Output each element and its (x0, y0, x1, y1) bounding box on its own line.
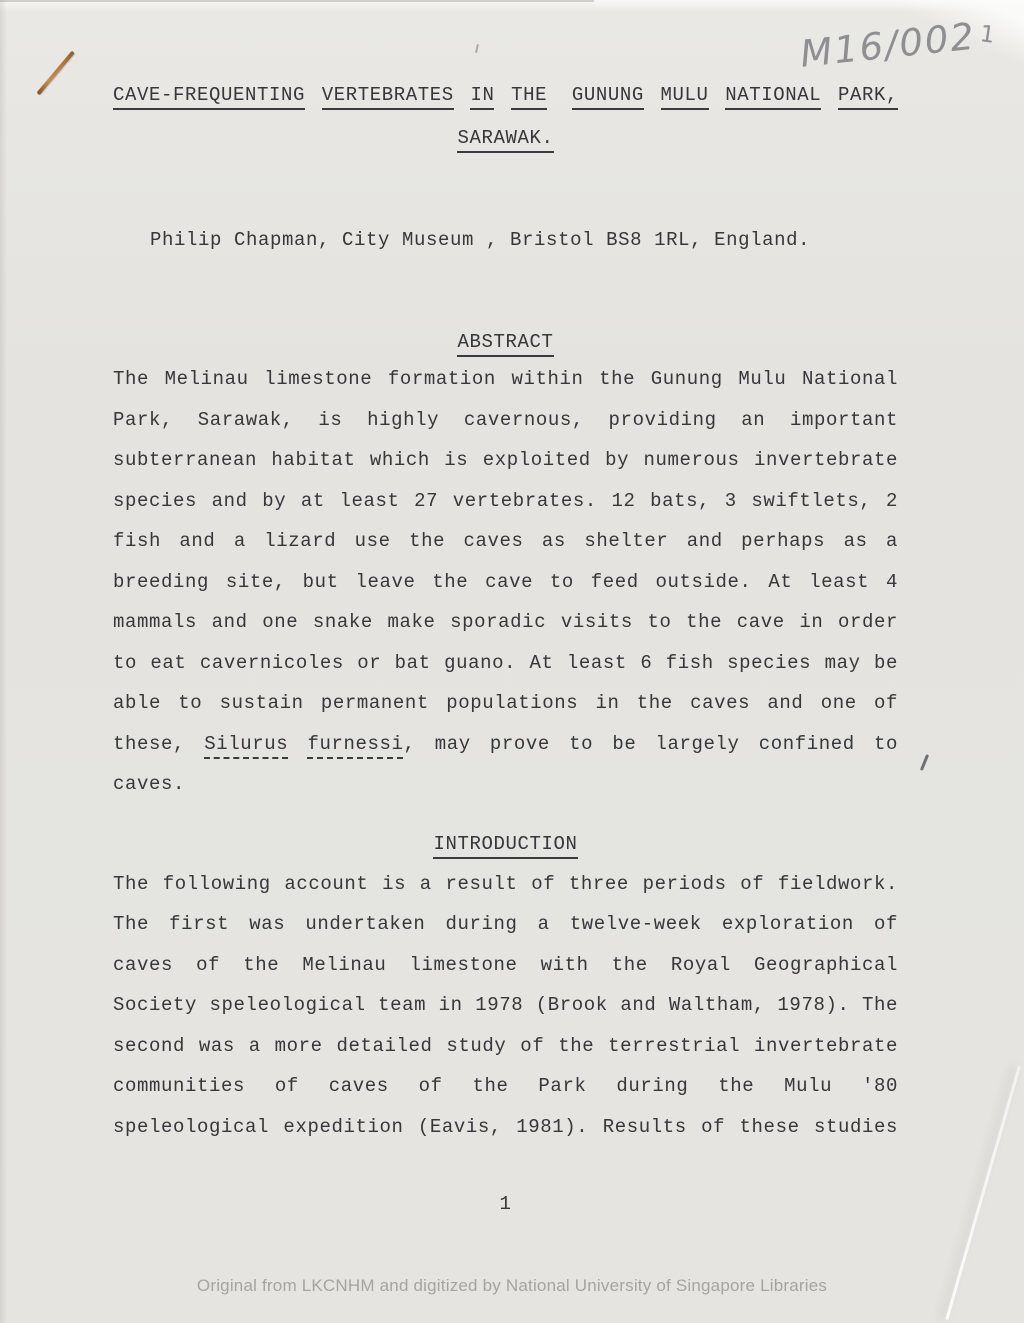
document-title-line-1: CAVE-FREQUENTING VERTEBRATES IN THE GUNU… (113, 84, 898, 106)
title-word: CAVE-FREQUENTING (113, 84, 305, 110)
abstract-line: mammals and one snake make sporadic visi… (113, 602, 898, 643)
abstract-line: Park, Sarawak, is highly cavernous, prov… (113, 400, 898, 441)
introduction-paragraph: The following account is a result of thr… (113, 864, 898, 1148)
introduction-line: communities of caves of the Park during … (113, 1066, 898, 1107)
digitization-footer: Original from LKCNHM and digitized by Na… (0, 1276, 1024, 1296)
document-title-line-2: SARAWAK. (113, 127, 898, 149)
abstract-line: breeding site, but leave the cave to fee… (113, 562, 898, 603)
scanned-page: M16/002 1 CAVE-FREQUENTING VERTEBRATES I… (0, 0, 1024, 1323)
abstract-paragraph: The Melinau limestone formation within t… (113, 359, 898, 805)
abstract-line: able to sustain permanent populations in… (113, 683, 898, 724)
abstract-line-last: caves. (113, 764, 898, 805)
title-word: PARK, (838, 84, 898, 110)
species-name-genus: Silurus (204, 733, 288, 759)
abstract-heading: ABSTRACT (113, 331, 898, 353)
pen-stroke-mark (920, 754, 929, 771)
title-word: NATIONAL (725, 84, 821, 110)
introduction-line: second was a more detailed study of the … (113, 1026, 898, 1067)
title-word: GUNUNG (572, 84, 644, 110)
introduction-line: caves of the Melinau limestone with the … (113, 945, 898, 986)
title-word: MULU (661, 84, 709, 110)
abstract-line: to eat cavernicoles or bat guano. At lea… (113, 643, 898, 684)
title-word: THE (511, 84, 547, 110)
abstract-line-species: these, Silurus furnessi, may prove to be… (113, 724, 898, 765)
paper-left-edge-shadow (0, 0, 7, 1323)
page-number: 1 (113, 1193, 898, 1215)
introduction-line: speleological expedition (Eavis, 1981). … (113, 1107, 898, 1148)
abstract-line: The Melinau limestone formation within t… (113, 359, 898, 400)
staple-mark (36, 51, 74, 96)
species-name-epithet: furnessi (307, 733, 403, 759)
abstract-line: fish and a lizard use the caves as shelt… (113, 521, 898, 562)
author-line: Philip Chapman, City Museum , Bristol BS… (113, 229, 898, 251)
title-word: IN (470, 84, 494, 110)
introduction-line: Society speleological team in 1978 (Broo… (113, 985, 898, 1026)
abstract-line: species and by at least 27 vertebrates. … (113, 481, 898, 522)
introduction-line: The following account is a result of thr… (113, 864, 898, 905)
title-word: VERTEBRATES (322, 84, 454, 110)
introduction-line: The first was undertaken during a twelve… (113, 904, 898, 945)
introduction-heading: INTRODUCTION (113, 833, 898, 855)
typed-content: CAVE-FREQUENTING VERTEBRATES IN THE GUNU… (113, 0, 898, 1215)
abstract-line: subterranean habitat which is exploited … (113, 440, 898, 481)
